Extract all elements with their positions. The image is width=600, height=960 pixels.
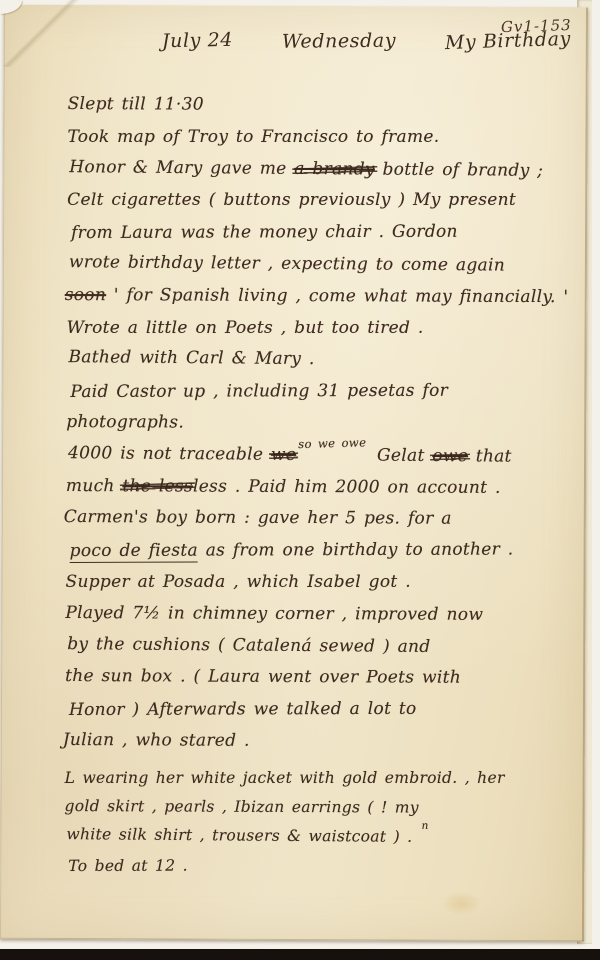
handwritten-text: Carmen's boy born : gave her 5 pes. for … [64, 507, 452, 529]
handwritten-text: 4000 is not traceable [68, 443, 271, 465]
manuscript-line: To bed at 12 . [68, 850, 582, 881]
manuscript-line: Bathed with Carl & Mary . [68, 343, 582, 379]
entry-title: My Birthday [444, 28, 571, 54]
manuscript-line: wrote birthday letter , expecting to com… [69, 247, 583, 283]
entry-heading: July 24 Wednesday My Birthday [162, 29, 571, 53]
handwritten-text: wrote birthday letter , expecting to com… [69, 252, 505, 275]
entry-weekday: Wednesday [282, 30, 396, 53]
struck-out-text: the less [122, 476, 193, 496]
manuscript-line: Played 7½ in chimney corner , improved n… [65, 598, 579, 632]
manuscript-line: L wearing her white jacket with gold emb… [65, 764, 579, 793]
manuscript-line: Paid Castor up , including 31 pesetas fo… [70, 375, 584, 409]
manuscript-line: gold skirt , pearls , Ibizan earrings ( … [64, 792, 578, 823]
interlinear-insertion: n [421, 812, 429, 841]
handwritten-text: from Laura was the money chair . Gordon [71, 222, 458, 243]
handwritten-text: gold skirt , pearls , Ibizan earrings ( … [65, 797, 419, 817]
handwritten-text: Paid Castor up , including 31 pesetas fo… [70, 381, 448, 402]
scanner-strip [0, 949, 600, 960]
handwritten-text: photographs. [66, 412, 184, 433]
manuscript-line: Supper at Posada , which Isabel got . [66, 567, 580, 599]
handwritten-text: To bed at 12 . [68, 856, 188, 874]
handwritten-text: Honor ) Afterwards we talked a lot to [69, 699, 417, 720]
handwritten-text: Played 7½ in chimney corner , improved n… [65, 603, 483, 625]
handwritten-text: much [66, 476, 123, 496]
manuscript-line: 4000 is not traceable weso we owe Gelat … [68, 438, 582, 474]
interlinear-insertion: so we owe [298, 427, 367, 461]
handwritten-text: as from one birthday to another . [198, 540, 514, 561]
manuscript-line: Took map of Troy to Francisco to frame. [67, 122, 581, 154]
handwritten-text: less . Paid him 2000 on account . [193, 476, 501, 497]
handwritten-text: Celt cigarettes ( buttons previously ) M… [67, 191, 516, 211]
struck-out-text: soon [65, 285, 106, 305]
handwritten-text: Supper at Posada , which Isabel got . [66, 572, 411, 592]
underlined-phrase: poco de fiesta [70, 541, 198, 563]
handwritten-text: that [468, 446, 512, 466]
manuscript-line: Honor & Mary gave me a brandy bottle of … [69, 152, 583, 188]
handwritten-text: Bathed with Carl & Mary . [68, 348, 314, 370]
handwritten-text: Gelat [369, 445, 432, 465]
handwritten-text: white silk shirt , trousers & waistcoat … [66, 825, 419, 846]
struck-out-text: we [271, 444, 296, 464]
manuscript-line: Honor ) Afterwards we talked a lot to [69, 693, 583, 727]
manuscript-line: Wrote a little on Poets , but too tired … [67, 313, 581, 345]
handwritten-text: ' for Spanish living , come what may fin… [106, 285, 568, 307]
manuscript-line: soon ' for Spanish living , come what ma… [65, 280, 579, 314]
manuscript-line: white silk shirt , trousers & waistcoat … [66, 820, 580, 853]
manuscript-line: Slept till 11·30 [68, 89, 582, 123]
handwritten-text: Julian , who stared . [63, 730, 250, 751]
handwritten-text: Took map of Troy to Francisco to frame. [67, 127, 439, 147]
handwritten-text: Honor & Mary gave me [69, 157, 294, 179]
manuscript-line: by the cushions ( Catalená sewed ) and [67, 629, 581, 665]
manuscript-line: Julian , who stared . [63, 725, 577, 759]
manuscript-line: from Laura was the money chair . Gordon [71, 216, 585, 250]
manuscript-lines: Slept till 11·30Took map of Troy to Fran… [64, 89, 581, 881]
manuscript-line: the sun box . ( Laura went over Poets wi… [65, 661, 579, 695]
handwritten-text: Wrote a little on Poets , but too tired … [67, 318, 424, 338]
manuscript-line: Celt cigarettes ( buttons previously ) M… [67, 186, 581, 218]
handwritten-text: Slept till 11·30 [68, 94, 204, 115]
struck-out-text: a brandy [294, 158, 375, 179]
handwritten-text: the sun box . ( Laura went over Poets wi… [65, 666, 461, 688]
manuscript-line: poco de fiesta as from one birthday to a… [70, 534, 584, 568]
handwritten-text: bottle of brandy ; [375, 159, 544, 180]
handwritten-text: L wearing her white jacket with gold emb… [65, 769, 505, 787]
handwritten-text: by the cushions ( Catalená sewed ) and [67, 634, 430, 657]
diary-page: Gv1-153 July 24 Wednesday My Birthday Sl… [0, 5, 588, 942]
manuscript-line: much the lessless . Paid him 2000 on acc… [66, 471, 580, 505]
struck-out-text: owe [432, 446, 468, 466]
scan-background: Gv1-153 July 24 Wednesday My Birthday Sl… [0, 0, 600, 960]
entry-date: July 24 [162, 29, 234, 53]
manuscript-line: Carmen's boy born : gave her 5 pes. for … [64, 502, 578, 536]
